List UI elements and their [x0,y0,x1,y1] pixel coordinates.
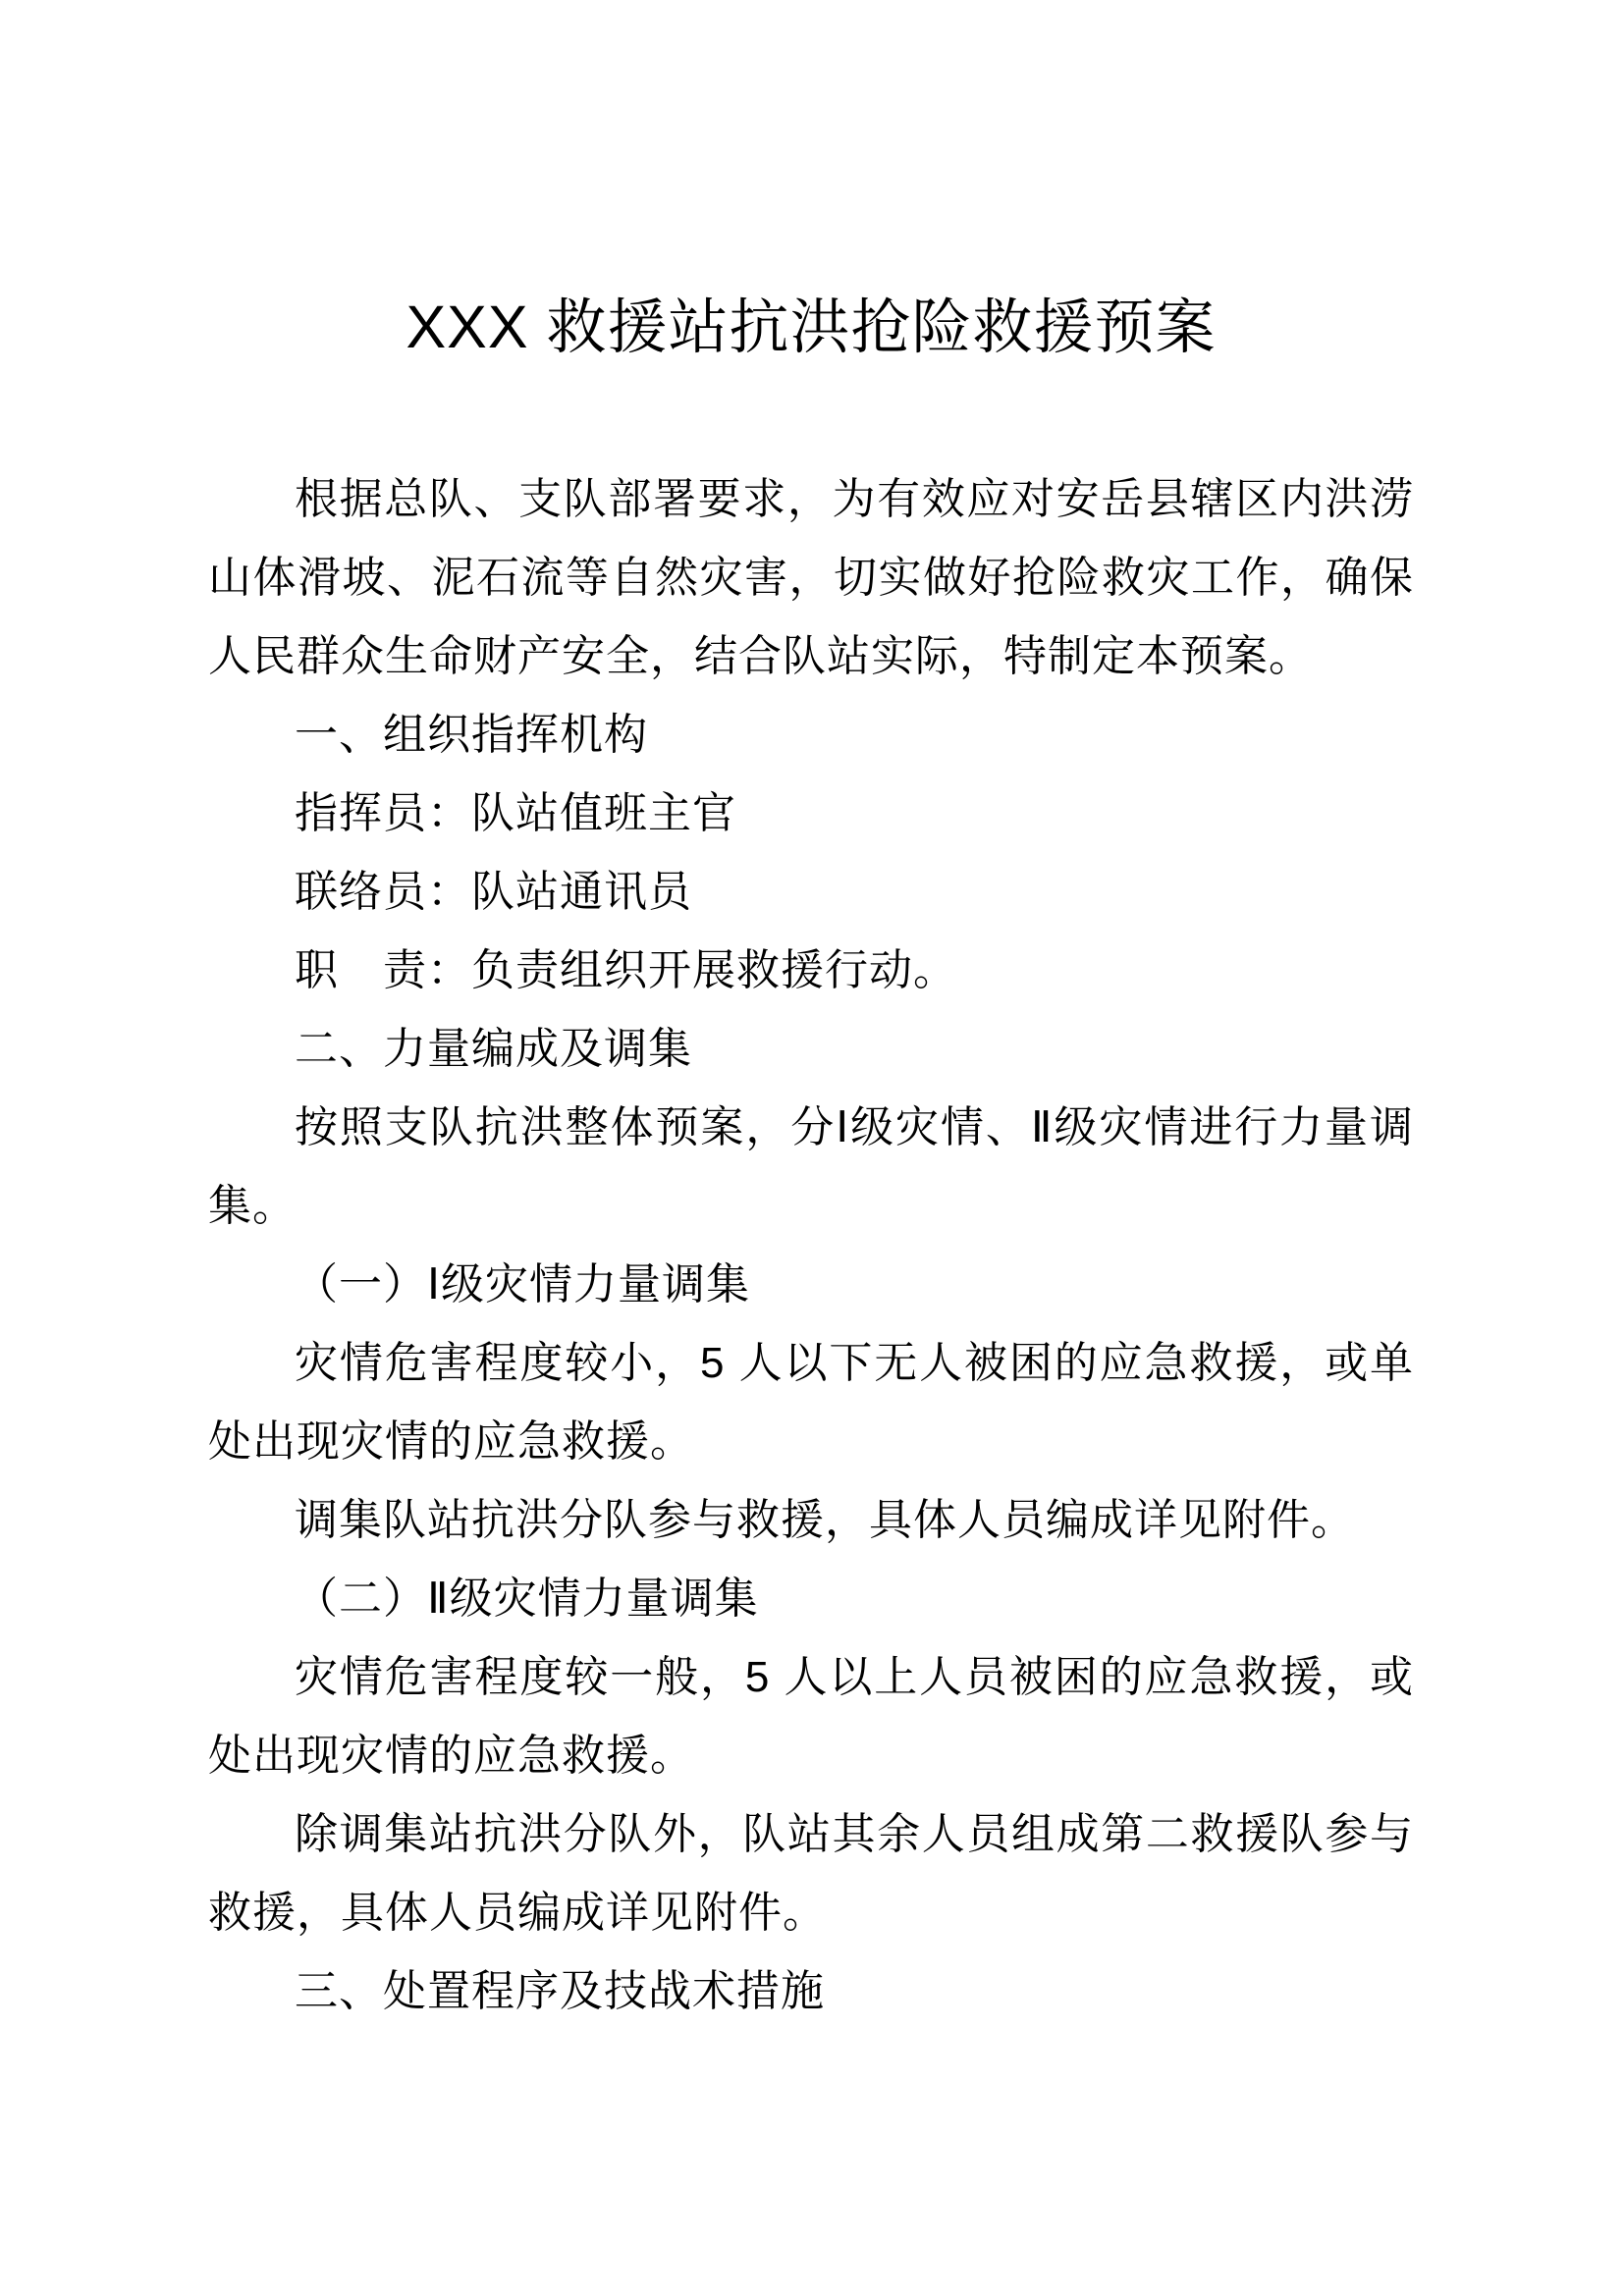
paragraph-level1-deployment: 调集队站抗洪分队参与救援，具体人员编成详见附件。 [208,1481,1414,1560]
document-content: XXX 救援站抗洪抢险救援预案 根据总队、支队部署要求，为有效应对安岳县辖区内洪… [0,0,1624,2031]
paragraph-duty: 职 责：负责组织开展救援行动。 [208,932,1414,1010]
paragraph-level1-criteria: 灾情危害程度较小，5 人以下无人被困的应急救援，或单处出现灾情的应急救援。 [208,1324,1414,1481]
paragraph-level2-deployment: 除调集站抗洪分队外，队站其余人员组成第二救援队参与救援，具体人员编成详见附件。 [208,1795,1414,1952]
sub-heading-level2-mobilization: （二）Ⅱ级灾情力量调集 [208,1560,1414,1638]
document-page: XXX 救援站抗洪抢险救援预案 根据总队、支队部署要求，为有效应对安岳县辖区内洪… [0,0,1624,2296]
paragraph-intro: 根据总队、支队部署要求，为有效应对安岳县辖区内洪涝山体滑坡、泥石流等自然灾害，切… [208,460,1414,696]
section-heading-3-procedures: 三、处置程序及技战术措施 [208,1952,1414,2031]
paragraph-level2-criteria: 灾情危害程度较一般，5 人以上人员被困的应急救援，或处出现灾情的应急救援。 [208,1638,1414,1795]
sub-heading-level1-mobilization: （一）Ⅰ级灾情力量调集 [208,1246,1414,1324]
section-heading-1-command-structure: 一、组织指挥机构 [208,696,1414,774]
paragraph-commander: 指挥员：队站值班主官 [208,774,1414,853]
paragraph-force-levels: 按照支队抗洪整体预案，分Ⅰ级灾情、Ⅱ级灾情进行力量调集。 [208,1089,1414,1246]
section-heading-2-force-composition: 二、力量编成及调集 [208,1010,1414,1089]
paragraph-liaison: 联络员：队站通讯员 [208,853,1414,932]
document-title: XXX 救援站抗洪抢险救援预案 [208,0,1414,368]
